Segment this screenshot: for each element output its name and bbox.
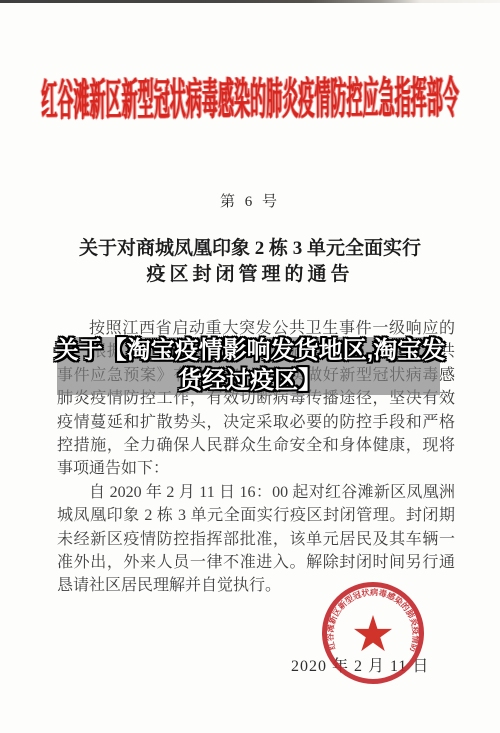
caption-line2: 货经过疫区】 [30, 366, 470, 396]
red-star-icon [354, 615, 392, 651]
body-line: 疫情蔓延和扩散势头，决定采取必要的防控手段和严格的管 [57, 411, 455, 434]
body-line: 未经新区疫情防控指挥部批准，该单元居民及其车辆一律不 [57, 528, 455, 551]
notice-title-line1: 关于对商城凤凰印象 2 栋 3 单元全面实行 [0, 236, 500, 262]
notice-document-photo: 红谷滩新区新型冠状病毒感染的肺炎疫情防控应急指挥部令 第 6 号 关于对商城凤凰… [0, 0, 500, 733]
document-number: 第 6 号 [0, 190, 500, 211]
body-line: 控措施，全力确保人民群众生命安全和身体健康，现将有关 [57, 434, 455, 457]
banner-title: 红谷滩新区新型冠状病毒感染的肺炎疫情防控应急指挥部令 [41, 71, 459, 130]
notice-title-line2: 疫区封闭管理的通告 [0, 262, 500, 288]
caption-overlay: 关于【淘宝疫情影响发货地区,淘宝发 货经过疫区】 [30, 336, 470, 396]
body-line: 事项通告如下： [57, 457, 455, 480]
photo-top-edge-shadow [0, 0, 500, 3]
notice-title: 关于对商城凤凰印象 2 栋 3 单元全面实行 疫区封闭管理的通告 [0, 236, 500, 288]
body-line: 准外出，外来人员一律不准进入。解除封闭时间另行通告， [57, 551, 455, 574]
caption-line1: 关于【淘宝疫情影响发货地区,淘宝发 [30, 336, 470, 366]
banner-title-text: 红谷滩新区新型冠状病毒感染的肺炎疫情防控应急指挥部令 [41, 74, 459, 126]
body-line: 城凤凰印象 2 栋 3 单元全面实行疫区封闭管理。封闭期间， [57, 504, 455, 527]
official-red-seal: 红谷滩新区新型冠状病毒感染的肺炎疫情防控应急指挥部 [319, 579, 427, 687]
body-line: 自 2020 年 2 月 11 日 16：00 起对红谷滩新区凤凰洲商 [57, 481, 455, 504]
